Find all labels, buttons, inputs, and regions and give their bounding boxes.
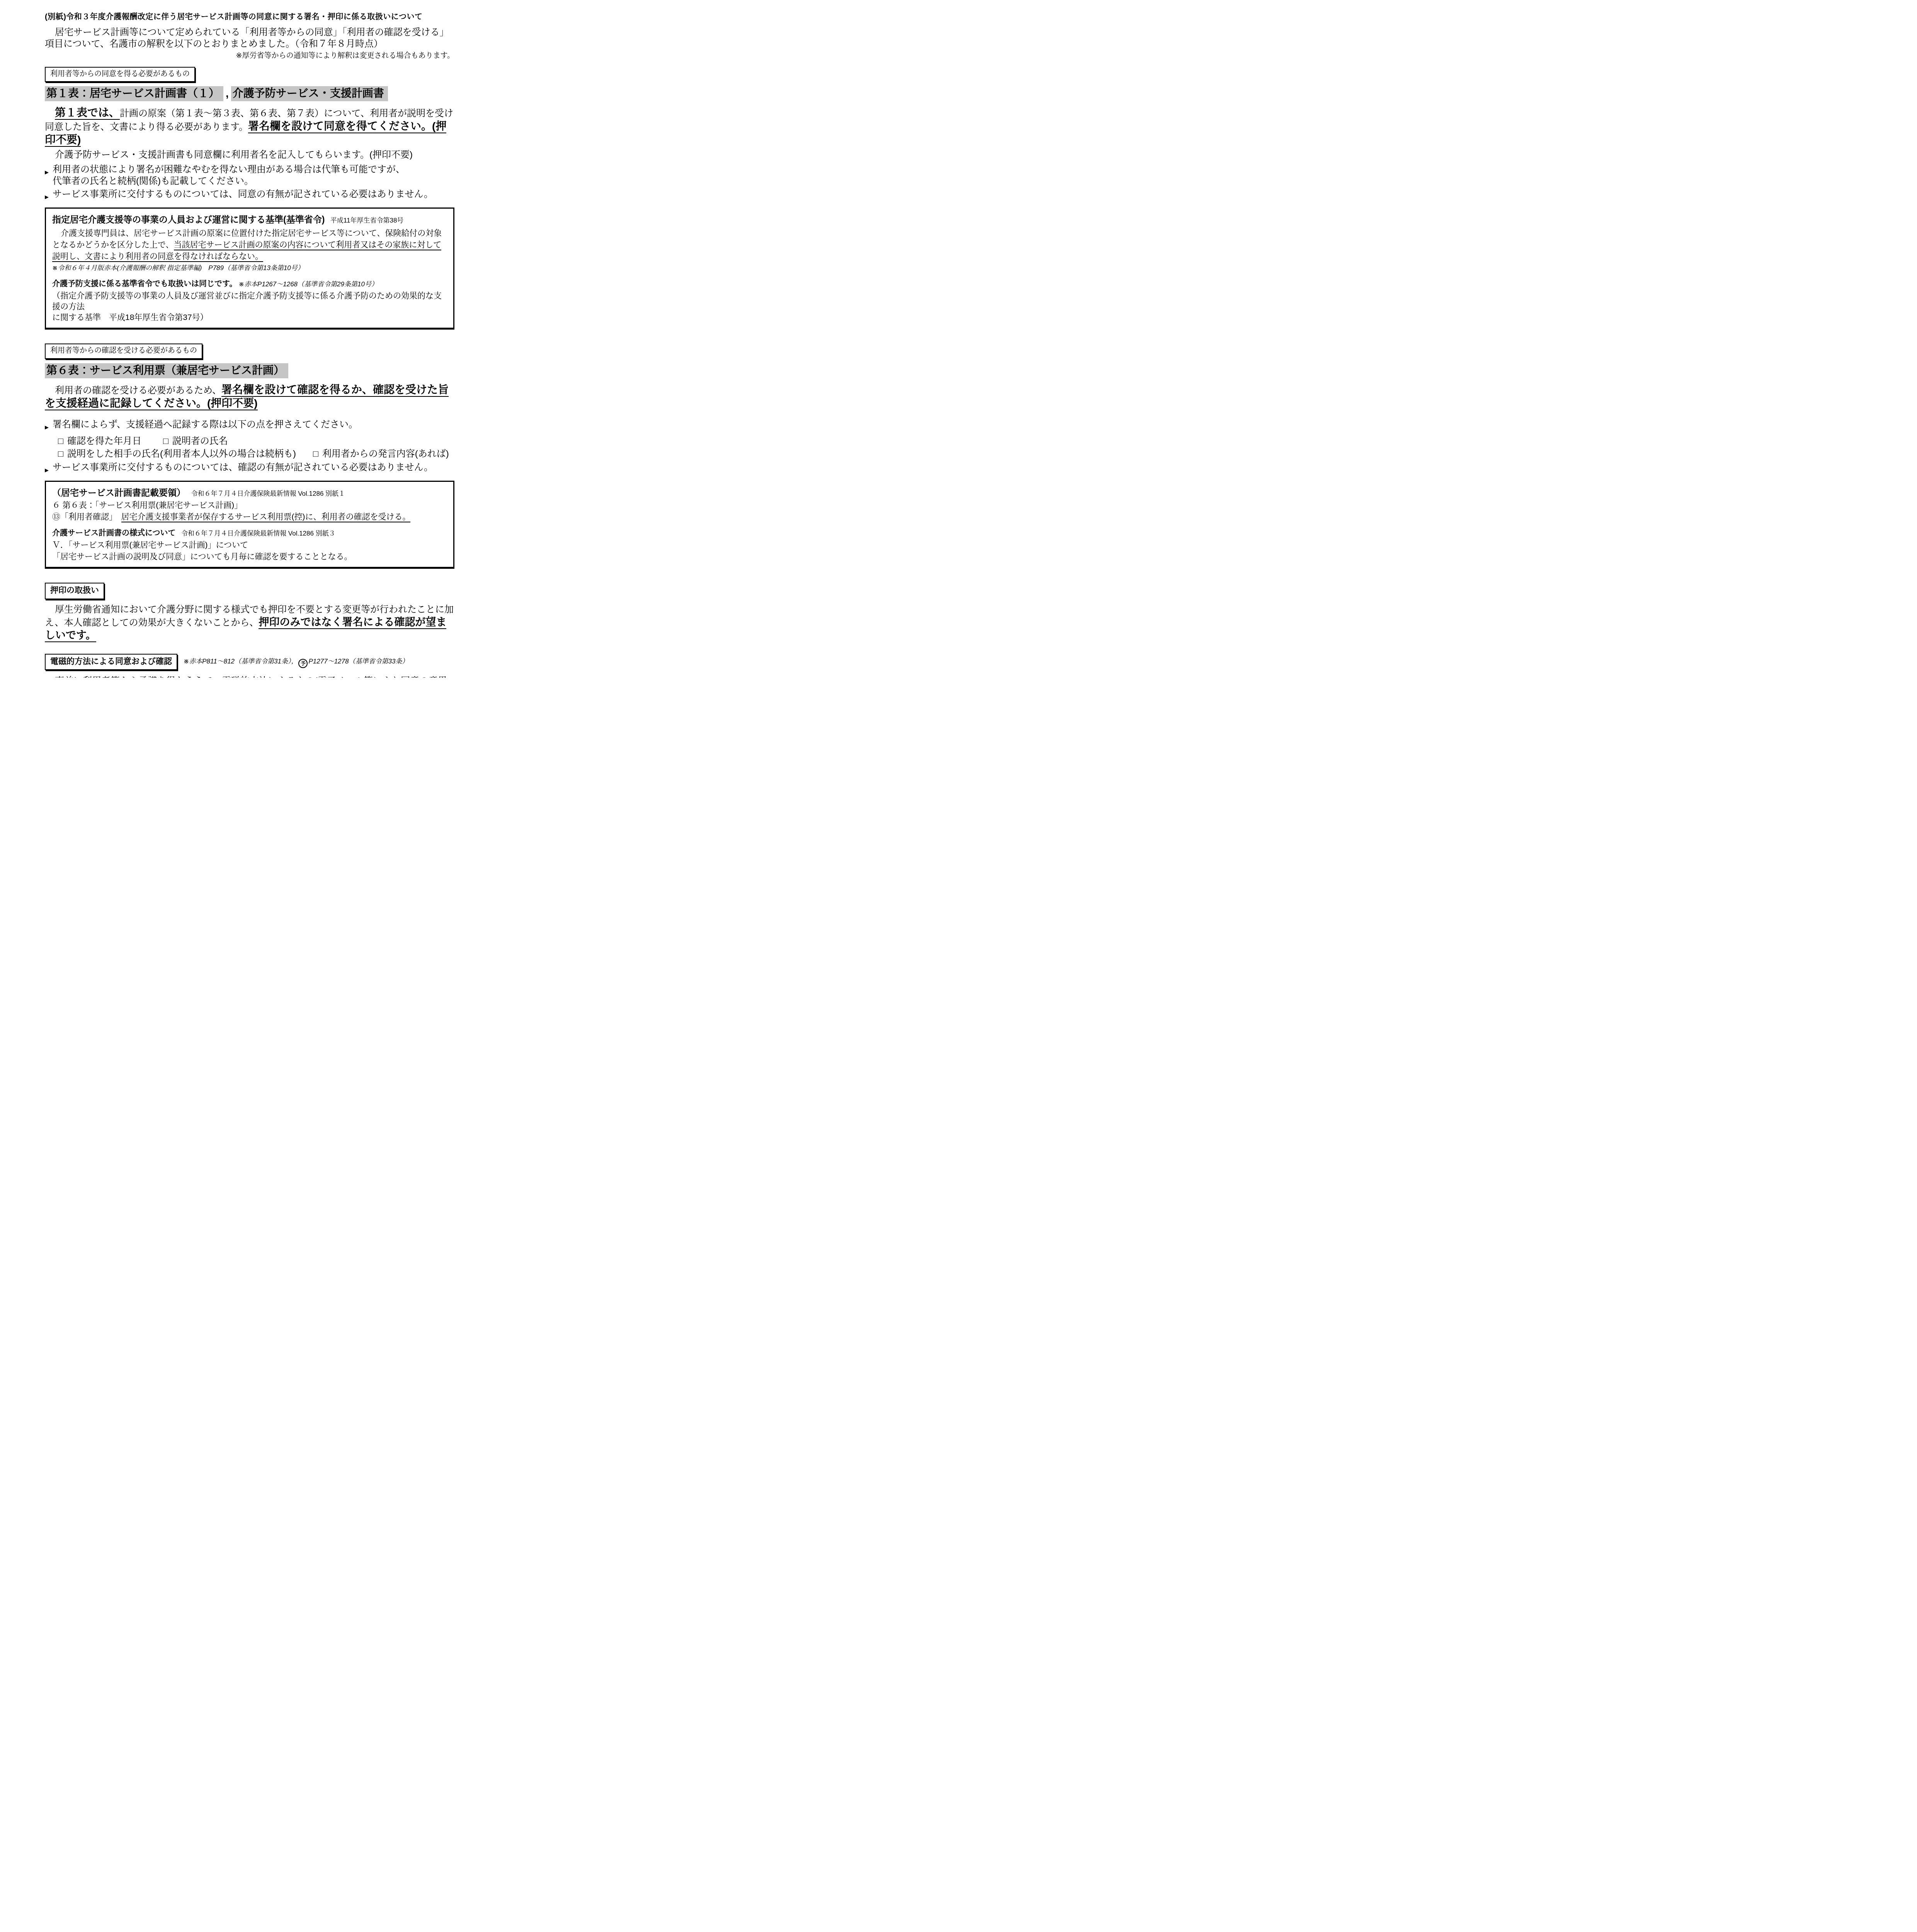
table1-heading: 第１表：居宅サービス計画書（１） (45, 86, 223, 101)
electronic-consent-paragraph: 事前に利用者等から承諾を得たうえで、電磁的方法によるもの(電子メール等により同意… (45, 675, 454, 678)
consent-required-tag: 利用者等からの同意を得る必要があるもの (45, 67, 195, 82)
bullet-icon: ▶ (45, 164, 49, 187)
table1-paragraph: 第１表では、計画の原案（第１表～第３表、第６表、第７表）について、利用者が説明を… (45, 106, 454, 147)
bullet-no-confirmation-needed: ▶ サービス事業所に交付するものについては、確認の有無が記されている必要はありま… (45, 462, 454, 476)
table6-heading-row: 第６表：サービス利用票（兼居宅サービス計画） (45, 363, 454, 380)
table6-heading: 第６表：サービス利用票（兼居宅サービス計画） (45, 363, 288, 378)
interpretation-note: ※厚労省等からの通知等により解釈は変更される場合もあります。 (45, 51, 454, 61)
seal-handling-tag: 押印の取扱い (45, 583, 104, 599)
check-user-remarks: 利用者からの発言内容(あれば) (322, 449, 449, 459)
bullet-icon: ▶ (45, 189, 49, 203)
guideline-title: （居宅サービス計画書記載要領） (52, 488, 185, 498)
standards-title: 指定居宅介護支援等の事業の人員および運営に関する基準(基準省令) (52, 214, 325, 224)
checkbox-icon: □ (313, 449, 318, 459)
check-explainer-name: 説明者の氏名 (172, 436, 228, 446)
standards-ordinance-number: 平成11年厚生省令第38号 (330, 217, 404, 224)
format-title-row: 介護サービス計画書の様式について 令和６年７月４日介護保険最新情報 Vol.12… (52, 528, 447, 539)
prevention-circle-icon: 予 (298, 659, 308, 668)
checkbox-icon: □ (58, 436, 63, 446)
prevention-plan-note: 介護予防サービス・支援計画書も同意欄に利用者名を記入してもらいます。(押印不要) (45, 149, 454, 161)
table6-paragraph: 利用者の確認を受ける必要があるため、署名欄を設けて確認を得るか、確認を受けた旨を… (45, 383, 454, 410)
bullet-icon: ▶ (45, 419, 49, 433)
electronic-consent-tag: 電磁的方法による同意および確認 (45, 654, 177, 670)
doc-title: (別紙)令和３年度介護報酬改定に伴う居宅サービス計画等の同意に関する署名・押印に… (45, 12, 454, 23)
guideline-title-row: （居宅サービス計画書記載要領） 令和６年７月４日介護保険最新情報 Vol.128… (52, 486, 447, 499)
standards-body: 介護支援専門員は、居宅サービス計画の原案に位置付けた指定居宅サービス等について、… (52, 228, 447, 262)
prevention-standards-row: 介護予防支援に係る基準省令でも取扱いは同じです。 ※赤本P1267～1268（基… (52, 279, 447, 290)
checkbox-icon: □ (58, 449, 63, 459)
check-row-1: □確認を得た年月日□説明者の氏名 (45, 435, 454, 447)
table1-lead: 第１表では、 (55, 107, 120, 120)
guideline-table6-line: ６ 第６表：「サービス利用票(兼居宅サービス計画)」 (52, 500, 447, 511)
checkbox-icon: □ (163, 436, 168, 446)
check-recipient-name: 説明をした相手の氏名(利用者本人以外の場合は続柄も) (67, 449, 296, 459)
standards-title-row: 指定居宅介護支援等の事業の人員および運営に関する基準(基準省令) 平成11年厚生… (52, 213, 447, 226)
guideline-source-2: 令和６年７月４日介護保険最新情報 Vol.1286 別紙３ (181, 530, 335, 537)
guideline-user-confirm-underline: 居宅介護支援事業者が保存するサービス利用票(控)に、利用者の確認を受ける。 (121, 512, 411, 522)
bullet-icon: ▶ (45, 462, 49, 476)
format-title: 介護サービス計画書の様式について (52, 529, 176, 537)
confirmation-required-tag: 利用者等からの確認を受ける必要があるもの (45, 344, 202, 359)
check-date: 確認を得た年月日 (67, 436, 141, 446)
electronic-consent-citation: ※赤本P811～812（基準省令第31条），予P1277～1278（基準省令第3… (184, 656, 408, 668)
table6-body: 利用者の確認を受ける必要があるため、 (55, 385, 221, 396)
prevention-plan-heading: 介護予防サービス・支援計画書 (231, 86, 388, 101)
format-monthly-confirmation: 「居宅サービス計画の説明及び同意」についても月毎に確認を要することとなる。 (52, 551, 447, 562)
guideline-reference-box: （居宅サービス計画書記載要領） 令和６年７月４日介護保険最新情報 Vol.128… (45, 481, 454, 569)
bullet-no-consent-needed: ▶ サービス事業所に交付するものについては、同意の有無が記されている必要はありま… (45, 189, 454, 203)
check-row-2: □説明をした相手の氏名(利用者本人以外の場合は続柄も)□利用者からの発言内容(あ… (45, 447, 454, 460)
guideline-user-confirm-line: ⑬「利用者確認」 居宅介護支援事業者が保存するサービス利用票(控)に、利用者の確… (52, 512, 447, 522)
redbook-citation-2: ※赤本P1267～1268（基準省令第29条第10号） (239, 281, 378, 288)
bullet-proxy-signature-text: 利用者の状態により署名が困難なやむを得ない理由がある場合は代筆も可能ですが、代筆… (53, 164, 405, 187)
electronic-consent-row: 電磁的方法による同意および確認 ※赤本P811～812（基準省令第31条），予P… (45, 651, 454, 673)
seal-handling-paragraph: 厚生労働省通知において介護分野に関する様式でも押印を不要とする変更等が行われたこ… (45, 603, 454, 642)
intro-paragraph: 居宅サービス計画等について定められている「利用者等からの同意」「利用者の確認を受… (45, 27, 454, 50)
table1-heading-row: 第１表：居宅サービス計画書（１）,介護予防サービス・支援計画書 (45, 86, 454, 103)
redbook-citation-1: ※令和６年４月版赤本(介護報酬の解釈 指定基準編) P789（基準省令第13条第… (52, 263, 447, 273)
document-page: (別紙)令和３年度介護報酬改定に伴う居宅サービス計画等の同意に関する署名・押印に… (0, 0, 479, 678)
format-section-v: Ｖ．「サービス利用票(兼居宅サービス計画)」について (52, 540, 447, 551)
bullet-proxy-signature: ▶ 利用者の状態により署名が困難なやむを得ない理由がある場合は代筆も可能ですが、… (45, 164, 454, 187)
bullet-record-points: ▶ 署名欄によらず、支援経過へ記録する際は以下の点を押さえてください。 (45, 419, 454, 433)
heading-separator: , (223, 87, 231, 99)
prevention-standards-note: 介護予防支援に係る基準省令でも取扱いは同じです。 (52, 280, 237, 288)
prevention-standards-name: （指定介護予防支援等の事業の人員及び運営並びに指定介護予防支援等に係る介護予防の… (52, 291, 447, 323)
standards-reference-box: 指定居宅介護支援等の事業の人員および運営に関する基準(基準省令) 平成11年厚生… (45, 207, 454, 330)
guideline-source-1: 令和６年７月４日介護保険最新情報 Vol.1286 別紙１ (191, 490, 345, 497)
